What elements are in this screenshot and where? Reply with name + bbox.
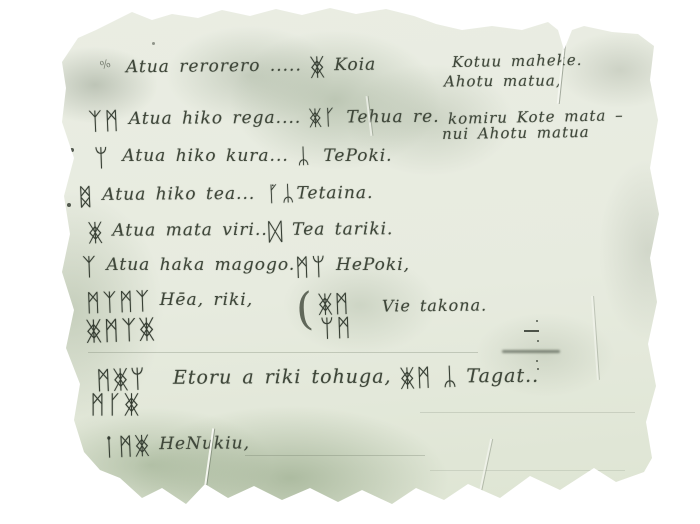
manuscript-line: Ahotu matua,	[444, 71, 562, 90]
ink-bracket: (	[294, 283, 315, 335]
rongorongo-glyph-group: ᛤᛗ ᛦ	[399, 364, 459, 390]
manuscript-line: Atua rerorero ..... ᛤ Koia	[126, 55, 377, 82]
ink-smudge	[502, 350, 560, 353]
ruled-line	[430, 470, 625, 471]
handwritten-text: Tea tariki.	[292, 219, 393, 240]
rongorongo-glyph: ᛉ	[82, 255, 99, 280]
rongorongo-glyph-group: ᛗᛘ	[295, 254, 329, 279]
handwritten-text: Tehua re.	[346, 107, 439, 128]
manuscript-line: nui Ahotu matua	[442, 123, 590, 143]
ruled-line	[245, 455, 425, 456]
rongorongo-glyph-group: ᛤᛗᛉᛤ	[86, 317, 157, 345]
handwritten-text: Atua hiko kura...	[122, 146, 288, 166]
rongorongo-glyph-group: ᚵᛦ	[267, 183, 297, 205]
scanned-manuscript: % Atua rerorero ..... ᛤ Koia Kotuu mahek…	[0, 0, 700, 524]
handwritten-text: Vie takona.	[382, 296, 487, 316]
ink-dot	[537, 340, 539, 342]
rongorongo-glyph-group: ᛗᛤᛘ	[96, 366, 148, 393]
glyph-cluster: ᛘᛗ	[320, 316, 353, 340]
rongorongo-glyph-group: ᛗᛉᛗᛉ	[86, 289, 152, 315]
rongorongo-glyph: ᛤ	[309, 55, 326, 80]
ruled-line	[88, 352, 478, 353]
rongorongo-glyph-group: ᛉᛗ	[88, 108, 122, 133]
manuscript-line: ᛉ Atua haka magogo. ᛗᛘ HePoki,	[82, 255, 410, 279]
rongorongo-glyph: ᛤ	[88, 220, 105, 245]
handwritten-text: nui Ahotu matua	[442, 123, 590, 143]
ink-mark: %	[98, 57, 112, 73]
handwritten-text: HePoki,	[336, 255, 410, 275]
rongorongo-glyph-group: ᛗᚴᛤ	[90, 392, 141, 417]
handwritten-text: Etoru a riki tohuga,	[173, 366, 392, 389]
handwritten-text: TePoki.	[323, 146, 392, 166]
handwritten-text: Atua mata viri..	[112, 220, 267, 241]
handwritten-text: Hēa, riki,	[160, 290, 254, 310]
manuscript-line: ᛥ Atua hiko tea... ᚵᛦ Tetaina.	[78, 183, 374, 209]
ink-dot	[152, 42, 155, 45]
handwritten-text: Ahotu matua,	[444, 71, 562, 90]
ink-dot	[536, 360, 538, 362]
rongorongo-glyph-group: ᛤᚴ	[309, 107, 339, 129]
manuscript-line: ᛤ Atua mata viri.. ᛞ Tea tariki.	[88, 219, 394, 245]
manuscript-line: ᛘ Atua hiko kura... ᛦ TePoki.	[94, 146, 393, 170]
paper-sheet: % Atua rerorero ..... ᛤ Koia Kotuu mahek…	[0, 0, 700, 524]
ink-dot	[70, 148, 74, 152]
glyph-row: ᛗᚴᛤ	[90, 391, 142, 418]
rongorongo-glyph-group: ᛘᛗ	[320, 315, 354, 340]
paper-crack	[591, 296, 599, 380]
handwritten-text: Koia	[334, 55, 376, 75]
handwritten-text: Atua rerorero .....	[126, 55, 302, 77]
ink-dot	[536, 320, 538, 322]
glyph-row: ᛤᛗᛉᛤ	[86, 318, 156, 344]
manuscript-line: ᛗᛉᛗᛉ Hēa, riki,	[86, 290, 253, 314]
ruled-line	[420, 412, 635, 413]
manuscript-line: ᛉᛗ Atua hiko rega.... ᛤᚴ Tehua re.	[88, 107, 440, 133]
handwritten-text: Atua hiko tea...	[102, 184, 255, 205]
handwritten-text: Atua hiko rega....	[129, 108, 302, 129]
rongorongo-glyph: ᛦ	[296, 146, 311, 167]
manuscript-line: ᛙᛗᛤ HeNukiu,	[102, 433, 250, 458]
handwritten-text: Atua haka magogo.	[106, 255, 295, 275]
glyph-cluster: ᛤᛗ	[318, 292, 351, 316]
rongorongo-glyph: ᛘ	[94, 146, 111, 171]
ink-dash	[524, 330, 539, 332]
rongorongo-glyph-group: ᛙᛗᛤ	[102, 433, 152, 459]
handwritten-text: Tagat..	[466, 365, 539, 387]
handwritten-text: HeNukiu,	[159, 433, 250, 454]
manuscript-line: Vie takona.	[382, 296, 487, 316]
rongorongo-glyph: ᛞ	[267, 219, 284, 244]
manuscript-line: ᛗᛤᛘ Etoru a riki tohuga, ᛤᛗ ᛦ Tagat..	[96, 365, 539, 392]
rongorongo-glyph: ᛥ	[78, 185, 95, 210]
ink-dot	[67, 203, 71, 207]
paper-crack	[478, 438, 492, 497]
handwritten-text: Tetaina.	[296, 183, 373, 204]
